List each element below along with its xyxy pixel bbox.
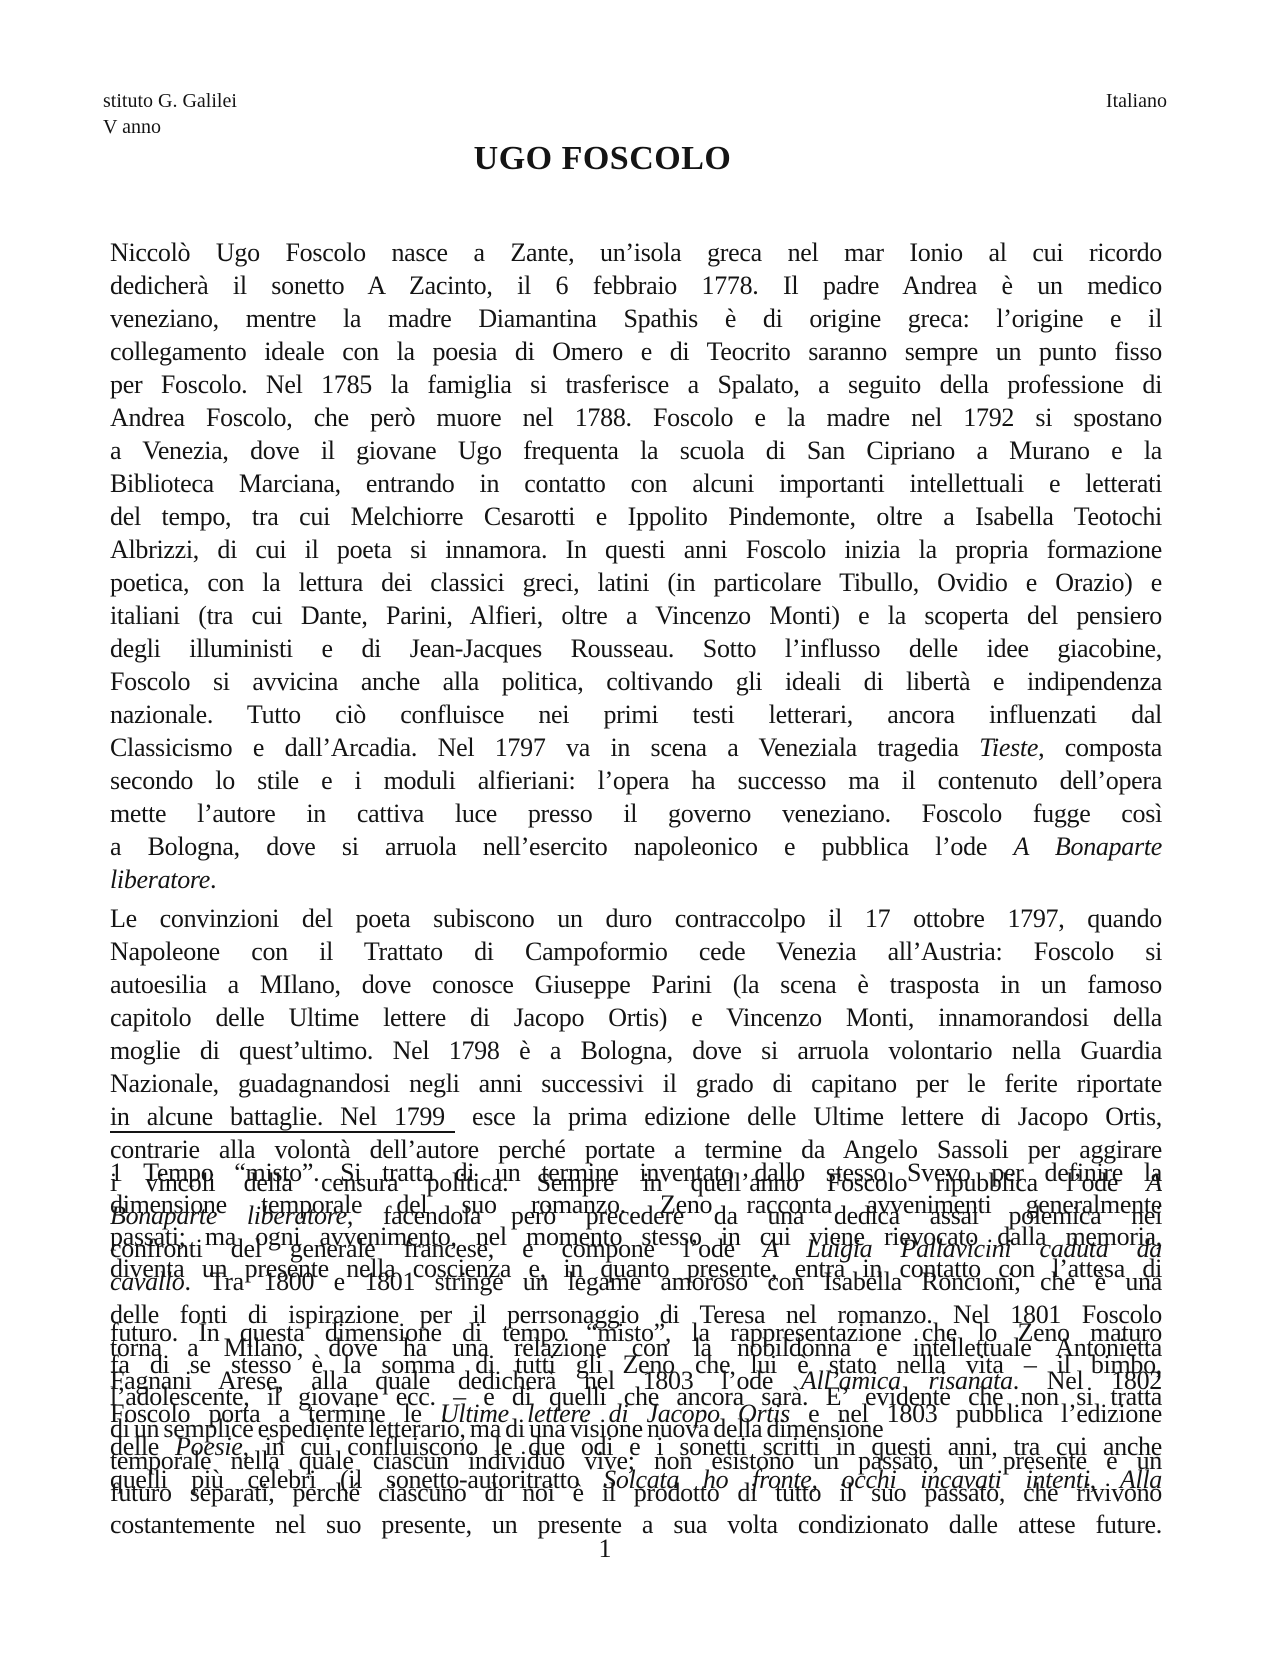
text-line: Biblioteca Marciana, entrando in contatt… (110, 467, 1162, 500)
text-line: dedicherà il sonetto A Zacinto, il 6 feb… (110, 269, 1162, 302)
text-line: veneziano, mentre la madre Diamantina Sp… (110, 302, 1162, 335)
text-line: poetica, con la lettura dei classici gre… (110, 566, 1162, 599)
text-line: secondo lo stile e i moduli alfieriani: … (110, 764, 1162, 797)
text-line: del tempo, tra cui Melchiorre Cesarotti … (110, 500, 1162, 533)
text-line: dimensione temporale del suo romanzo. Ze… (110, 1189, 1162, 1221)
document-title: UGO FOSCOLO (0, 140, 1205, 178)
biography-paragraph-2: Le convinzioni del poeta subiscono un du… (110, 902, 1162, 1166)
text-line: fa di se stesso è la somma di tutti gli … (110, 1349, 1162, 1381)
header-school-name: stituto G. Galilei (103, 90, 237, 112)
text-line: Albrizzi, di cui il poeta si innamora. I… (110, 533, 1162, 566)
text-line: mette l’autore in cattiva luce presso il… (110, 797, 1162, 830)
text-line: per Foscolo. Nel 1785 la famiglia si tra… (110, 368, 1162, 401)
text-line: diventa un presente nella coscienza e, i… (110, 1253, 1162, 1285)
text-line: Niccolò Ugo Foscolo nasce a Zante, un’is… (110, 236, 1162, 269)
text-line: a Bologna, dove si arruola nell’esercito… (110, 830, 1162, 863)
text-line (110, 1285, 1162, 1317)
text-line: 1 Tempo “misto”. Si tratta di un termine… (110, 1157, 1162, 1189)
text-line: italiani (tra cui Dante, Parini, Alfieri… (110, 599, 1162, 632)
header-left: stituto G. Galilei V anno (103, 88, 237, 140)
text-line: liberatore. (110, 863, 1162, 896)
text-line: Le convinzioni del poeta subiscono un du… (110, 902, 1162, 935)
text-line: futuro. In questa dimensione di tempo “m… (110, 1317, 1162, 1349)
page-number: 1 (0, 1534, 1210, 1564)
text-line: di un semplice espediente letterario, ma… (110, 1413, 1162, 1445)
biography-paragraph-1: Niccolò Ugo Foscolo nasce a Zante, un’is… (110, 236, 1162, 896)
text-line: Nazionale, guadagnandosi negli anni succ… (110, 1067, 1162, 1100)
text-line: moglie di quest’ultimo. Nel 1798 è a Bol… (110, 1034, 1162, 1067)
text-line: nazionale. Tutto ciò confluisce nei prim… (110, 698, 1162, 731)
text-line: Classicismo e dall’Arcadia. Nel 1797 va … (110, 731, 1162, 764)
text-line: a Venezia, dove il giovane Ugo frequenta… (110, 434, 1162, 467)
document-page: stituto G. Galilei V anno Italiano UGO F… (0, 0, 1280, 1656)
header-subject: Italiano (1106, 88, 1167, 114)
text-line: Napoleone con il Trattato di Campoformio… (110, 935, 1162, 968)
text-line: Andrea Foscolo, che però muore nel 1788.… (110, 401, 1162, 434)
text-line: temporale nella quale ciascun individuo … (110, 1445, 1162, 1477)
text-line: futuro separati, perché ciascuno di noi … (110, 1477, 1162, 1509)
text-line: capitolo delle Ultime lettere di Jacopo … (110, 1001, 1162, 1034)
text-line: Foscolo si avvicina anche alla politica,… (110, 665, 1162, 698)
text-line: passati; ma ogni avvenimento, nel moment… (110, 1221, 1162, 1253)
header-class-year: V anno (103, 116, 161, 138)
text-line: degli illuministi e di Jean-Jacques Rous… (110, 632, 1162, 665)
text-line: in alcune battaglie. Nel 1799 esce la pr… (110, 1100, 1162, 1133)
text-line: collegamento ideale con la poesia di Ome… (110, 335, 1162, 368)
text-line: l’adolescente, il giovane ecc. – e di qu… (110, 1381, 1162, 1413)
text-line: autoesilia a MIlano, dove conosce Giusep… (110, 968, 1162, 1001)
overlapping-footnote-layer: 1 Tempo “misto”. Si tratta di un termine… (110, 1157, 1162, 1541)
